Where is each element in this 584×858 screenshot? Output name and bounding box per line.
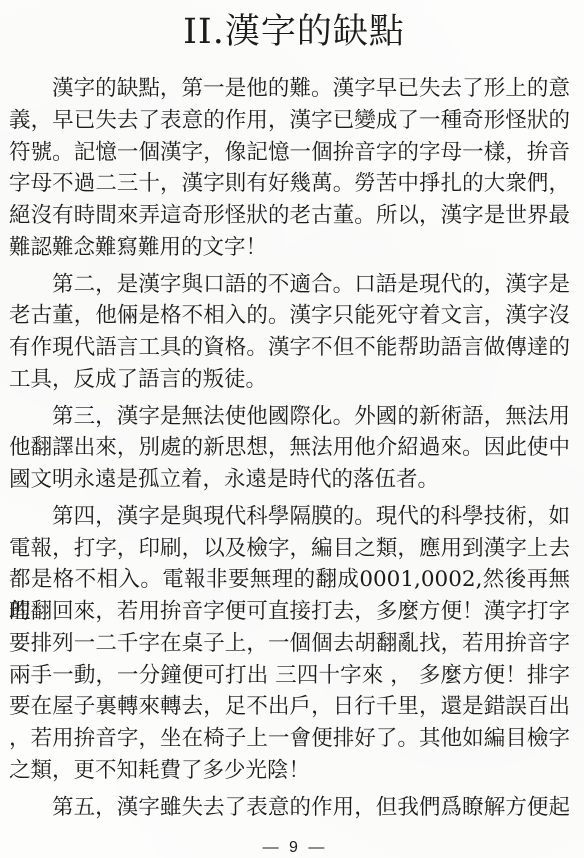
text-line: 國文明永遠是孤立着，永遠是時代的落伍者。 bbox=[9, 464, 570, 496]
paragraph-1: 漢字的缺點，第一是他的難。漢字早已失去了形上的意 義，早已失去了表意的作用，漢字… bbox=[9, 73, 570, 264]
text-line: 都是格不相入。電報非要無理的翻成0001,0002,然後再無理 bbox=[9, 564, 570, 596]
paragraph-4: 第四，漢字是與現代科學隔膜的。現代的科學技術，如 電報，打字，印刷，以及檢字，編… bbox=[9, 501, 570, 787]
text-line: 字母不過二三十，漢字則有好幾萬。勞苦中掙扎的大衆們， bbox=[9, 168, 570, 200]
text-line: 他翻譯出來，別處的新思想，無法用他介紹過來。因此使中 bbox=[9, 432, 570, 464]
text-line: 要在屋子裏轉來轉去，足不出戶，日行千里，還是錯誤百出 bbox=[9, 691, 570, 723]
text-line: 漢字的缺點，第一是他的難。漢字早已失去了形上的意 bbox=[9, 73, 570, 105]
text-line: 難認難念難寫難用的文字！ bbox=[9, 232, 570, 264]
text-line: 絕沒有時間來弄這奇形怪狀的老古董。所以，漢字是世界最 bbox=[9, 200, 570, 232]
text-line: 義，早已失去了表意的作用，漢字已變成了一種奇形怪狀的 bbox=[9, 105, 570, 137]
page-number: — 9 — bbox=[0, 838, 584, 858]
text-line: 的翻回來，若用拚音字便可直接打去，多麼方便！漢字打字 bbox=[9, 596, 570, 628]
text-line: 第二，是漢字與口語的不適合。口語是現代的，漢字是 bbox=[9, 269, 570, 301]
paragraph-3: 第三，漢字是無法使他國際化。外國的新術語，無法用 他翻譯出來，別處的新思想，無法… bbox=[9, 401, 570, 496]
text-line: ，若用拚音字，坐在椅子上一會便排好了。其他如編目檢字 bbox=[9, 723, 570, 755]
text-line: 工具，反成了語言的叛徒。 bbox=[9, 364, 570, 396]
text-line: 之類，更不知耗費了多少光陰！ bbox=[9, 755, 570, 787]
text-line: 第五，漢字雖失去了表意的作用，但我們爲瞭解方便起 bbox=[9, 792, 570, 824]
text-line: 符號。記憶一個漢字，像記憶一個拚音字的字母一樣，拚音 bbox=[9, 137, 570, 169]
paragraph-2: 第二，是漢字與口語的不適合。口語是現代的，漢字是 老古董，他倆是格不相入的。漢字… bbox=[9, 269, 570, 396]
body-text: 漢字的缺點，第一是他的難。漢字早已失去了形上的意 義，早已失去了表意的作用，漢字… bbox=[9, 73, 570, 823]
text-line: 要排列一二千字在桌子上，一個個去胡翻亂找，若用拚音字 bbox=[9, 628, 570, 660]
text-line: 有作現代語言工具的資格。漢字不但不能帮助語言做傳達的 bbox=[9, 332, 570, 364]
text-line: 電報，打字，印刷，以及檢字，編目之類，應用到漢字上去 bbox=[9, 533, 570, 565]
section-title: II.漢字的缺點 bbox=[0, 12, 584, 52]
text-line: 老古董，他倆是格不相入的。漢字只能死守着文言，漢字沒 bbox=[9, 300, 570, 332]
document-page: II.漢字的缺點 漢字的缺點，第一是他的難。漢字早已失去了形上的意 義，早已失去… bbox=[0, 0, 584, 858]
text-line: 兩手一動，一分鐘便可打出 三四十字來 ， 多麼方便！排字 bbox=[9, 660, 570, 692]
text-line: 第三，漢字是無法使他國際化。外國的新術語，無法用 bbox=[9, 401, 570, 433]
paragraph-5: 第五，漢字雖失去了表意的作用，但我們爲瞭解方便起 bbox=[9, 792, 570, 824]
text-line: 第四，漢字是與現代科學隔膜的。現代的科學技術，如 bbox=[9, 501, 570, 533]
